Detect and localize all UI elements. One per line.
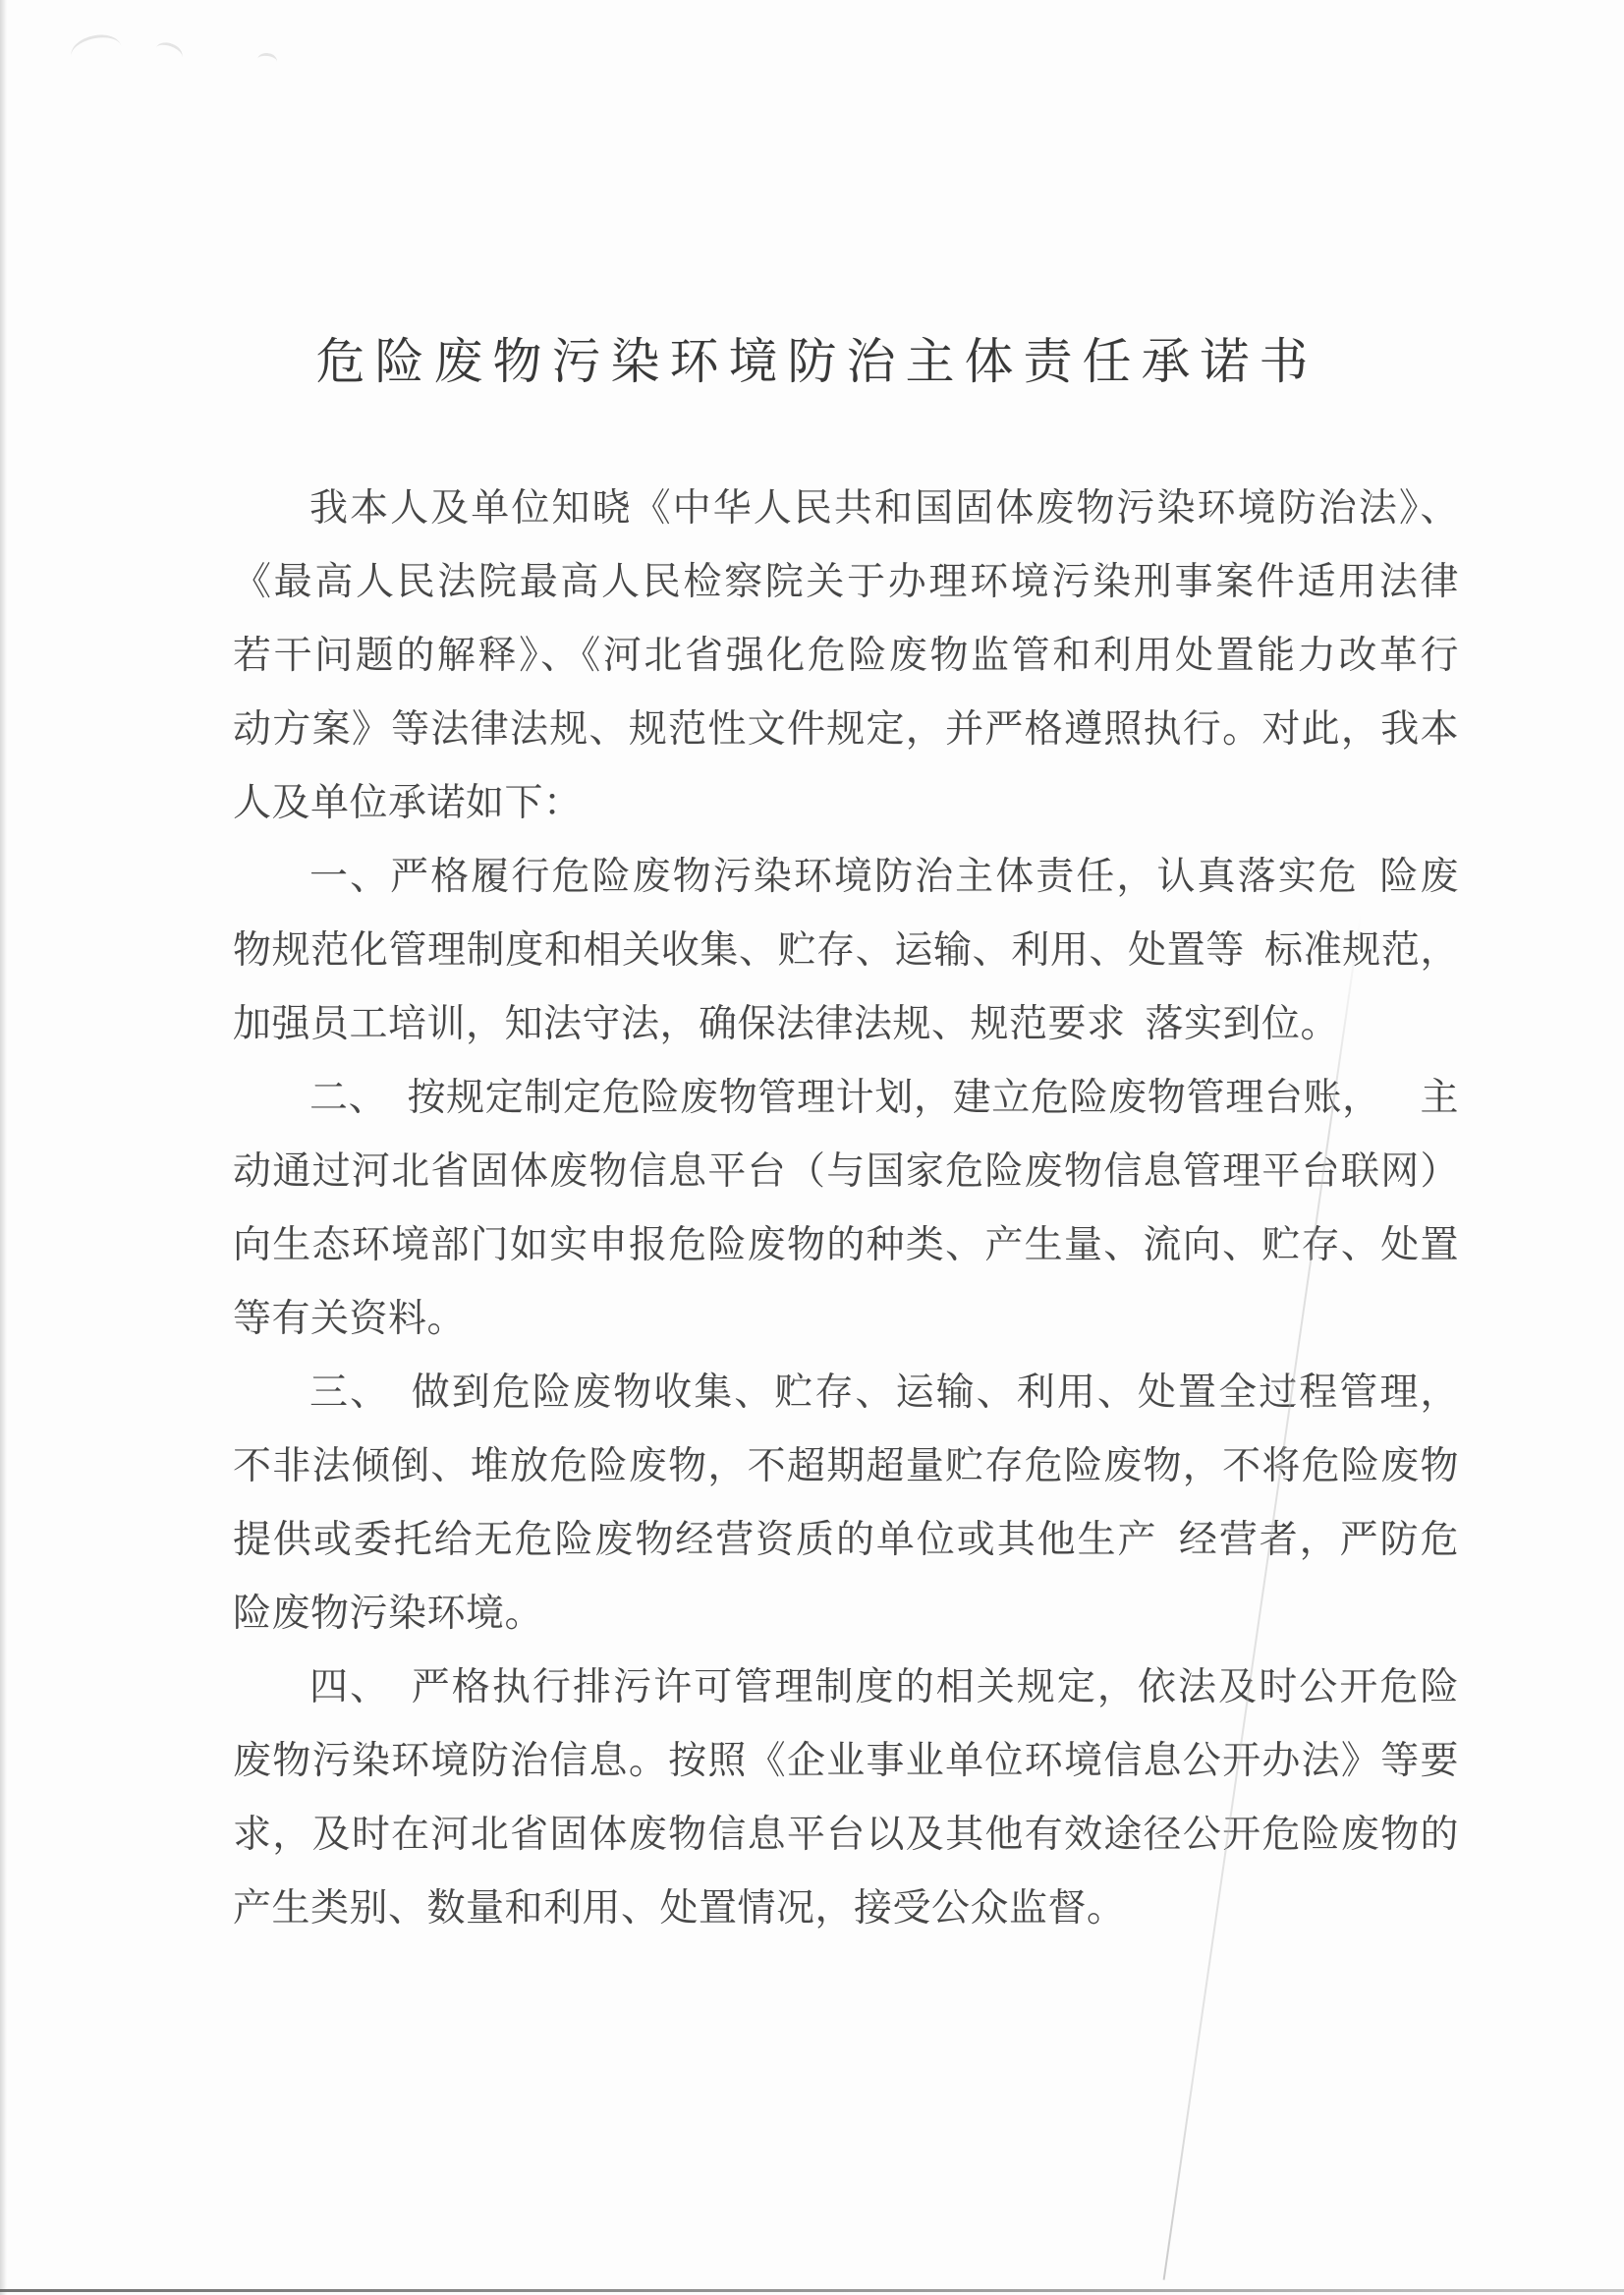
document-line: 加强员工培训，知法守法，确保法律法规、规范要求 落实到位。 <box>233 987 1459 1061</box>
document-line: 三、 做到危险废物收集、贮存、运输、利用、处置全过程管理， <box>233 1356 1459 1429</box>
scan-bottom-edge <box>0 2289 1624 2292</box>
document-line: 产生类别、数量和利用、处置情况，接受公众监督。 <box>233 1872 1459 1945</box>
document-line: 不非法倾倒、堆放危险废物，不超期超量贮存危险废物，不将危险废物 <box>233 1429 1459 1503</box>
pencil-smudge <box>68 30 125 73</box>
document-line: 一、严格履行危险废物污染环境防治主体责任，认真落实危 险废 <box>233 840 1459 914</box>
document-line: 向生态环境部门如实申报危险废物的种类、产生量、流向、贮存、处置 <box>233 1208 1459 1282</box>
document-line: 我本人及单位知晓《中华人民共和国固体废物污染环境防治法》、 <box>233 472 1459 545</box>
pencil-smudge <box>153 39 186 66</box>
document-line: 等有关资料。 <box>233 1282 1459 1356</box>
pencil-smudge <box>256 52 278 70</box>
scan-left-edge <box>0 0 7 2295</box>
document-line: 物规范化管理制度和相关收集、贮存、运输、利用、处置等 标准规范， <box>233 914 1459 987</box>
document-line: 《最高人民法院最高人民检察院关于办理环境污染刑事案件适用法律 <box>233 545 1459 619</box>
document-line: 若干问题的解释》、《河北省强化危险废物监管和利用处置能力改革行 <box>233 619 1459 693</box>
document-line: 四、 严格执行排污许可管理制度的相关规定，依法及时公开危险 <box>233 1651 1459 1724</box>
document-line: 求，及时在河北省固体废物信息平台以及其他有效途径公开危险废物的 <box>233 1798 1459 1872</box>
document-line: 动方案》等法律法规、规范性文件规定，并严格遵照执行。对此，我本 <box>233 693 1459 766</box>
document-line: 二、 按规定制定危险废物管理计划，建立危险废物管理台账， 主 <box>233 1061 1459 1135</box>
scanned-document-page: 危险废物污染环境防治主体责任承诺书 我本人及单位知晓《中华人民共和国固体废物污染… <box>0 0 1624 2295</box>
document-line: 动通过河北省固体废物信息平台（与国家危险废物信息管理平台联网） <box>233 1135 1459 1208</box>
document-body: 我本人及单位知晓《中华人民共和国固体废物污染环境防治法》、 《最高人民法院最高人… <box>233 472 1459 1945</box>
document-line: 人及单位承诺如下： <box>233 766 1459 840</box>
document-line: 险废物污染环境。 <box>233 1577 1459 1651</box>
document-line: 废物污染环境防治信息。按照《企业事业单位环境信息公开办法》等要 <box>233 1724 1459 1798</box>
document-title: 危险废物污染环境防治主体责任承诺书 <box>0 322 1624 393</box>
